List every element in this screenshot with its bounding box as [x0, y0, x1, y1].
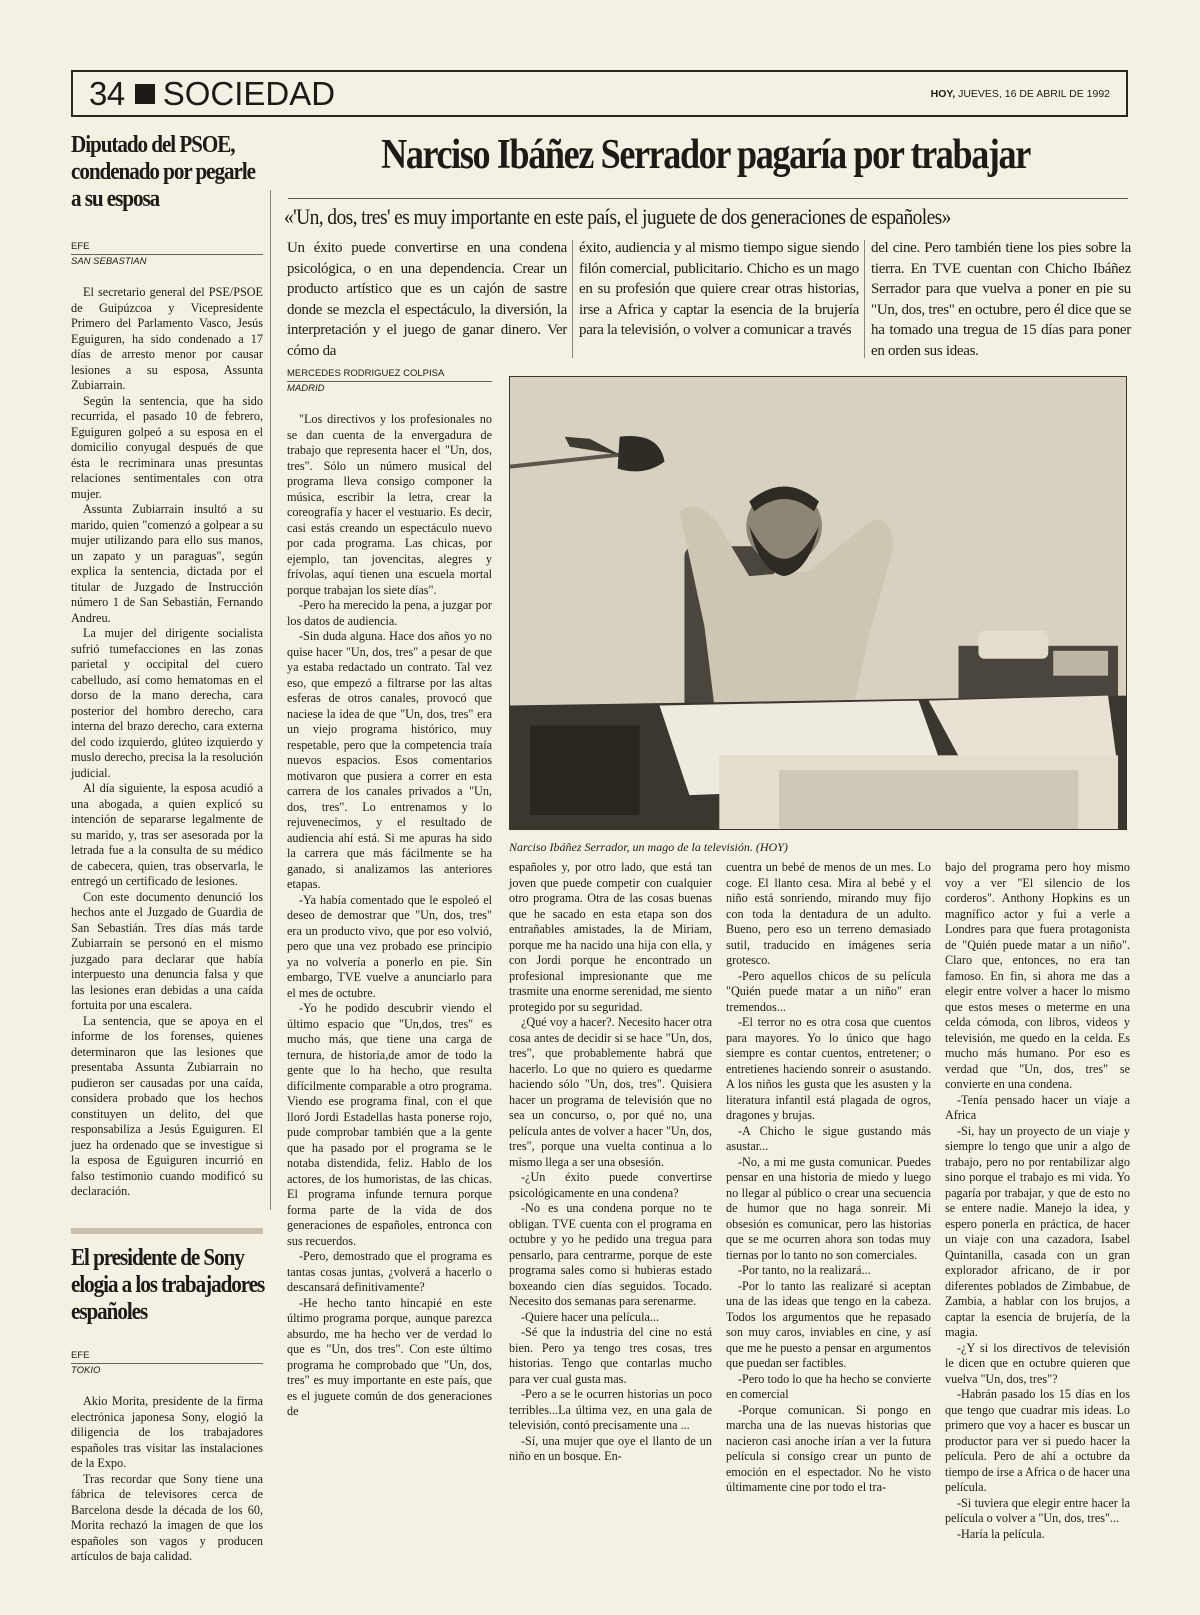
- paragraph: -Yo he podido descubrir viendo el último…: [287, 1001, 492, 1249]
- article-photo: [509, 376, 1127, 830]
- body-column-3: cuentra un bebé de menos de un mes. Lo c…: [726, 860, 931, 1496]
- main-byline: MERCEDES RODRIGUEZ COLPISA MADRID: [287, 368, 492, 394]
- paragraph: -Habrán pasado los 15 días en los que te…: [945, 1387, 1130, 1496]
- paragraph: -Pero, demostrado que el programa es tan…: [287, 1249, 492, 1296]
- body-column-4: bajo del programa pero hoy mismo voy a v…: [945, 860, 1130, 1542]
- sidebar-article-sony: El presidente de Sony elogia a los traba…: [71, 1245, 263, 1565]
- paragraph: -Si, hay un proyecto de un viaje y siemp…: [945, 1124, 1130, 1341]
- newspaper-page: 34 SOCIEDAD HOY, JUEVES, 16 DE ABRIL DE …: [0, 0, 1200, 1615]
- paragraph: Al día siguiente, la esposa acudió a una…: [71, 781, 263, 890]
- paragraph: españoles y, por otro lado, que está tan…: [509, 860, 712, 1015]
- section-title: SOCIEDAD: [163, 75, 335, 113]
- column-rule: [270, 190, 271, 1210]
- sidebar-headline: El presidente de Sony elogia a los traba…: [71, 1245, 265, 1326]
- paragraph: -¿Y si los directivos de televisión le d…: [945, 1341, 1130, 1388]
- main-deck: «'Un, dos, tres' es muy importante en es…: [284, 204, 1041, 230]
- paragraph: -Sin duda alguna. Hace dos años yo no qu…: [287, 629, 492, 893]
- paragraph: -El terror no es otra cosa que cuentos p…: [726, 1015, 931, 1124]
- author: MERCEDES RODRIGUEZ COLPISA: [287, 368, 492, 382]
- sidebar-body: Akio Morita, presidente de la firma elec…: [71, 1394, 263, 1565]
- lead-column-3: del cine. Pero también tiene los pies so…: [871, 238, 1131, 362]
- paragraph: La mujer del dirigente socialista sufrió…: [71, 626, 263, 781]
- lead-column-2: éxito, audiencia y al mismo tiempo sigue…: [579, 238, 859, 341]
- paragraph: -Si tuviera que elegir entre hacer la pe…: [945, 1496, 1130, 1527]
- photo-caption: Narciso Ibáñez Serrador, un mago de la t…: [509, 840, 788, 855]
- paragraph: Assunta Zubiarrain insultó a su marido, …: [71, 502, 263, 626]
- paragraph: -No, a mi me gusta comunicar. Puedes pen…: [726, 1155, 931, 1264]
- photo-illustration: [510, 377, 1126, 829]
- lead-rule: [864, 240, 865, 358]
- paragraph: bajo del programa pero hoy mismo voy a v…: [945, 860, 1130, 1093]
- paragraph: Tras recordar que Sony tiene una fábrica…: [71, 1472, 263, 1565]
- section-square-icon: [135, 84, 155, 104]
- paragraph: La sentencia, que se apoya en el informe…: [71, 1014, 263, 1200]
- sidebar-headline: Diputado del PSOE, condenado por pegarle…: [71, 132, 265, 213]
- paragraph: -A Chicho le sigue gustando más asustar.…: [726, 1124, 931, 1155]
- paragraph: Akio Morita, presidente de la firma elec…: [71, 1394, 263, 1472]
- sidebar-agency: EFE: [71, 1350, 263, 1364]
- body-column-2: españoles y, por otro lado, que está tan…: [509, 860, 712, 1465]
- lead-column-1: Un éxito puede convertirse en una conden…: [287, 238, 567, 362]
- paragraph: El secretario general del PSE/PSOE de Gu…: [71, 285, 263, 394]
- page-header: 34 SOCIEDAD HOY, JUEVES, 16 DE ABRIL DE …: [71, 70, 1128, 117]
- paragraph: -Por lo tanto las realizaré si aceptan u…: [726, 1279, 931, 1372]
- main-headline: Narciso Ibáñez Serrador pagaría por trab…: [342, 131, 1069, 179]
- sidebar-body: El secretario general del PSE/PSOE de Gu…: [71, 285, 263, 1200]
- byline-place: MADRID: [287, 383, 492, 394]
- paragraph: "Los directivos y los profesionales no s…: [287, 412, 492, 598]
- lead-rule: [572, 240, 573, 358]
- paragraph: -Sí, una mujer que oye el llanto de un n…: [509, 1434, 712, 1465]
- paragraph: -¿Un éxito puede convertirse psicológica…: [509, 1170, 712, 1201]
- paragraph: -No es una condena porque no te obligan.…: [509, 1201, 712, 1310]
- paper-name: HOY,: [931, 88, 956, 100]
- paragraph: -Pero todo lo que ha hecho se convierte …: [726, 1372, 931, 1403]
- paragraph: -Porque comunican. Si pongo en marcha un…: [726, 1403, 931, 1496]
- paragraph: cuentra un bebé de menos de un mes. Lo c…: [726, 860, 931, 969]
- paragraph: -Pero aquellos chicos de su película "Qu…: [726, 969, 931, 1016]
- paragraph: -Por tanto, no la realizará...: [726, 1263, 931, 1279]
- paragraph: -Sé que la industria del cine no está bi…: [509, 1325, 712, 1387]
- body-column-1: "Los directivos y los profesionales no s…: [287, 412, 492, 1420]
- headline-rule: [288, 198, 1128, 199]
- paragraph: Según la sentencia, que ha sido recurrid…: [71, 394, 263, 503]
- paragraph: -Ya había comentado que le espoleó el de…: [287, 893, 492, 1002]
- page-number: 34: [89, 75, 125, 113]
- sidebar-place: TOKIO: [71, 1365, 263, 1376]
- sidebar-article-psoe: Diputado del PSOE, condenado por pegarle…: [71, 132, 263, 1200]
- paragraph: -Pero ha merecido la pena, a juzgar por …: [287, 598, 492, 629]
- issue-date: JUEVES, 16 DE ABRIL DE 1992: [958, 88, 1110, 100]
- paragraph: -He hecho tanto hincapié en este último …: [287, 1296, 492, 1420]
- dateline: HOY, JUEVES, 16 DE ABRIL DE 1992: [931, 88, 1110, 100]
- paragraph: -Quiere hacer una película...: [509, 1310, 712, 1326]
- paragraph: -Pero a se le ocurren historias un poco …: [509, 1387, 712, 1434]
- sidebar-place: SAN SEBASTIAN: [71, 256, 263, 267]
- paragraph: -Haría la película.: [945, 1527, 1130, 1543]
- paragraph: ¿Qué voy a hacer?. Necesito hacer otra c…: [509, 1015, 712, 1170]
- sidebar-divider: [71, 1228, 263, 1234]
- paragraph: -Tenía pensado hacer un viaje a Africa: [945, 1093, 1130, 1124]
- paragraph: Con este documento denunció los hechos a…: [71, 890, 263, 1014]
- sidebar-agency: EFE: [71, 241, 263, 255]
